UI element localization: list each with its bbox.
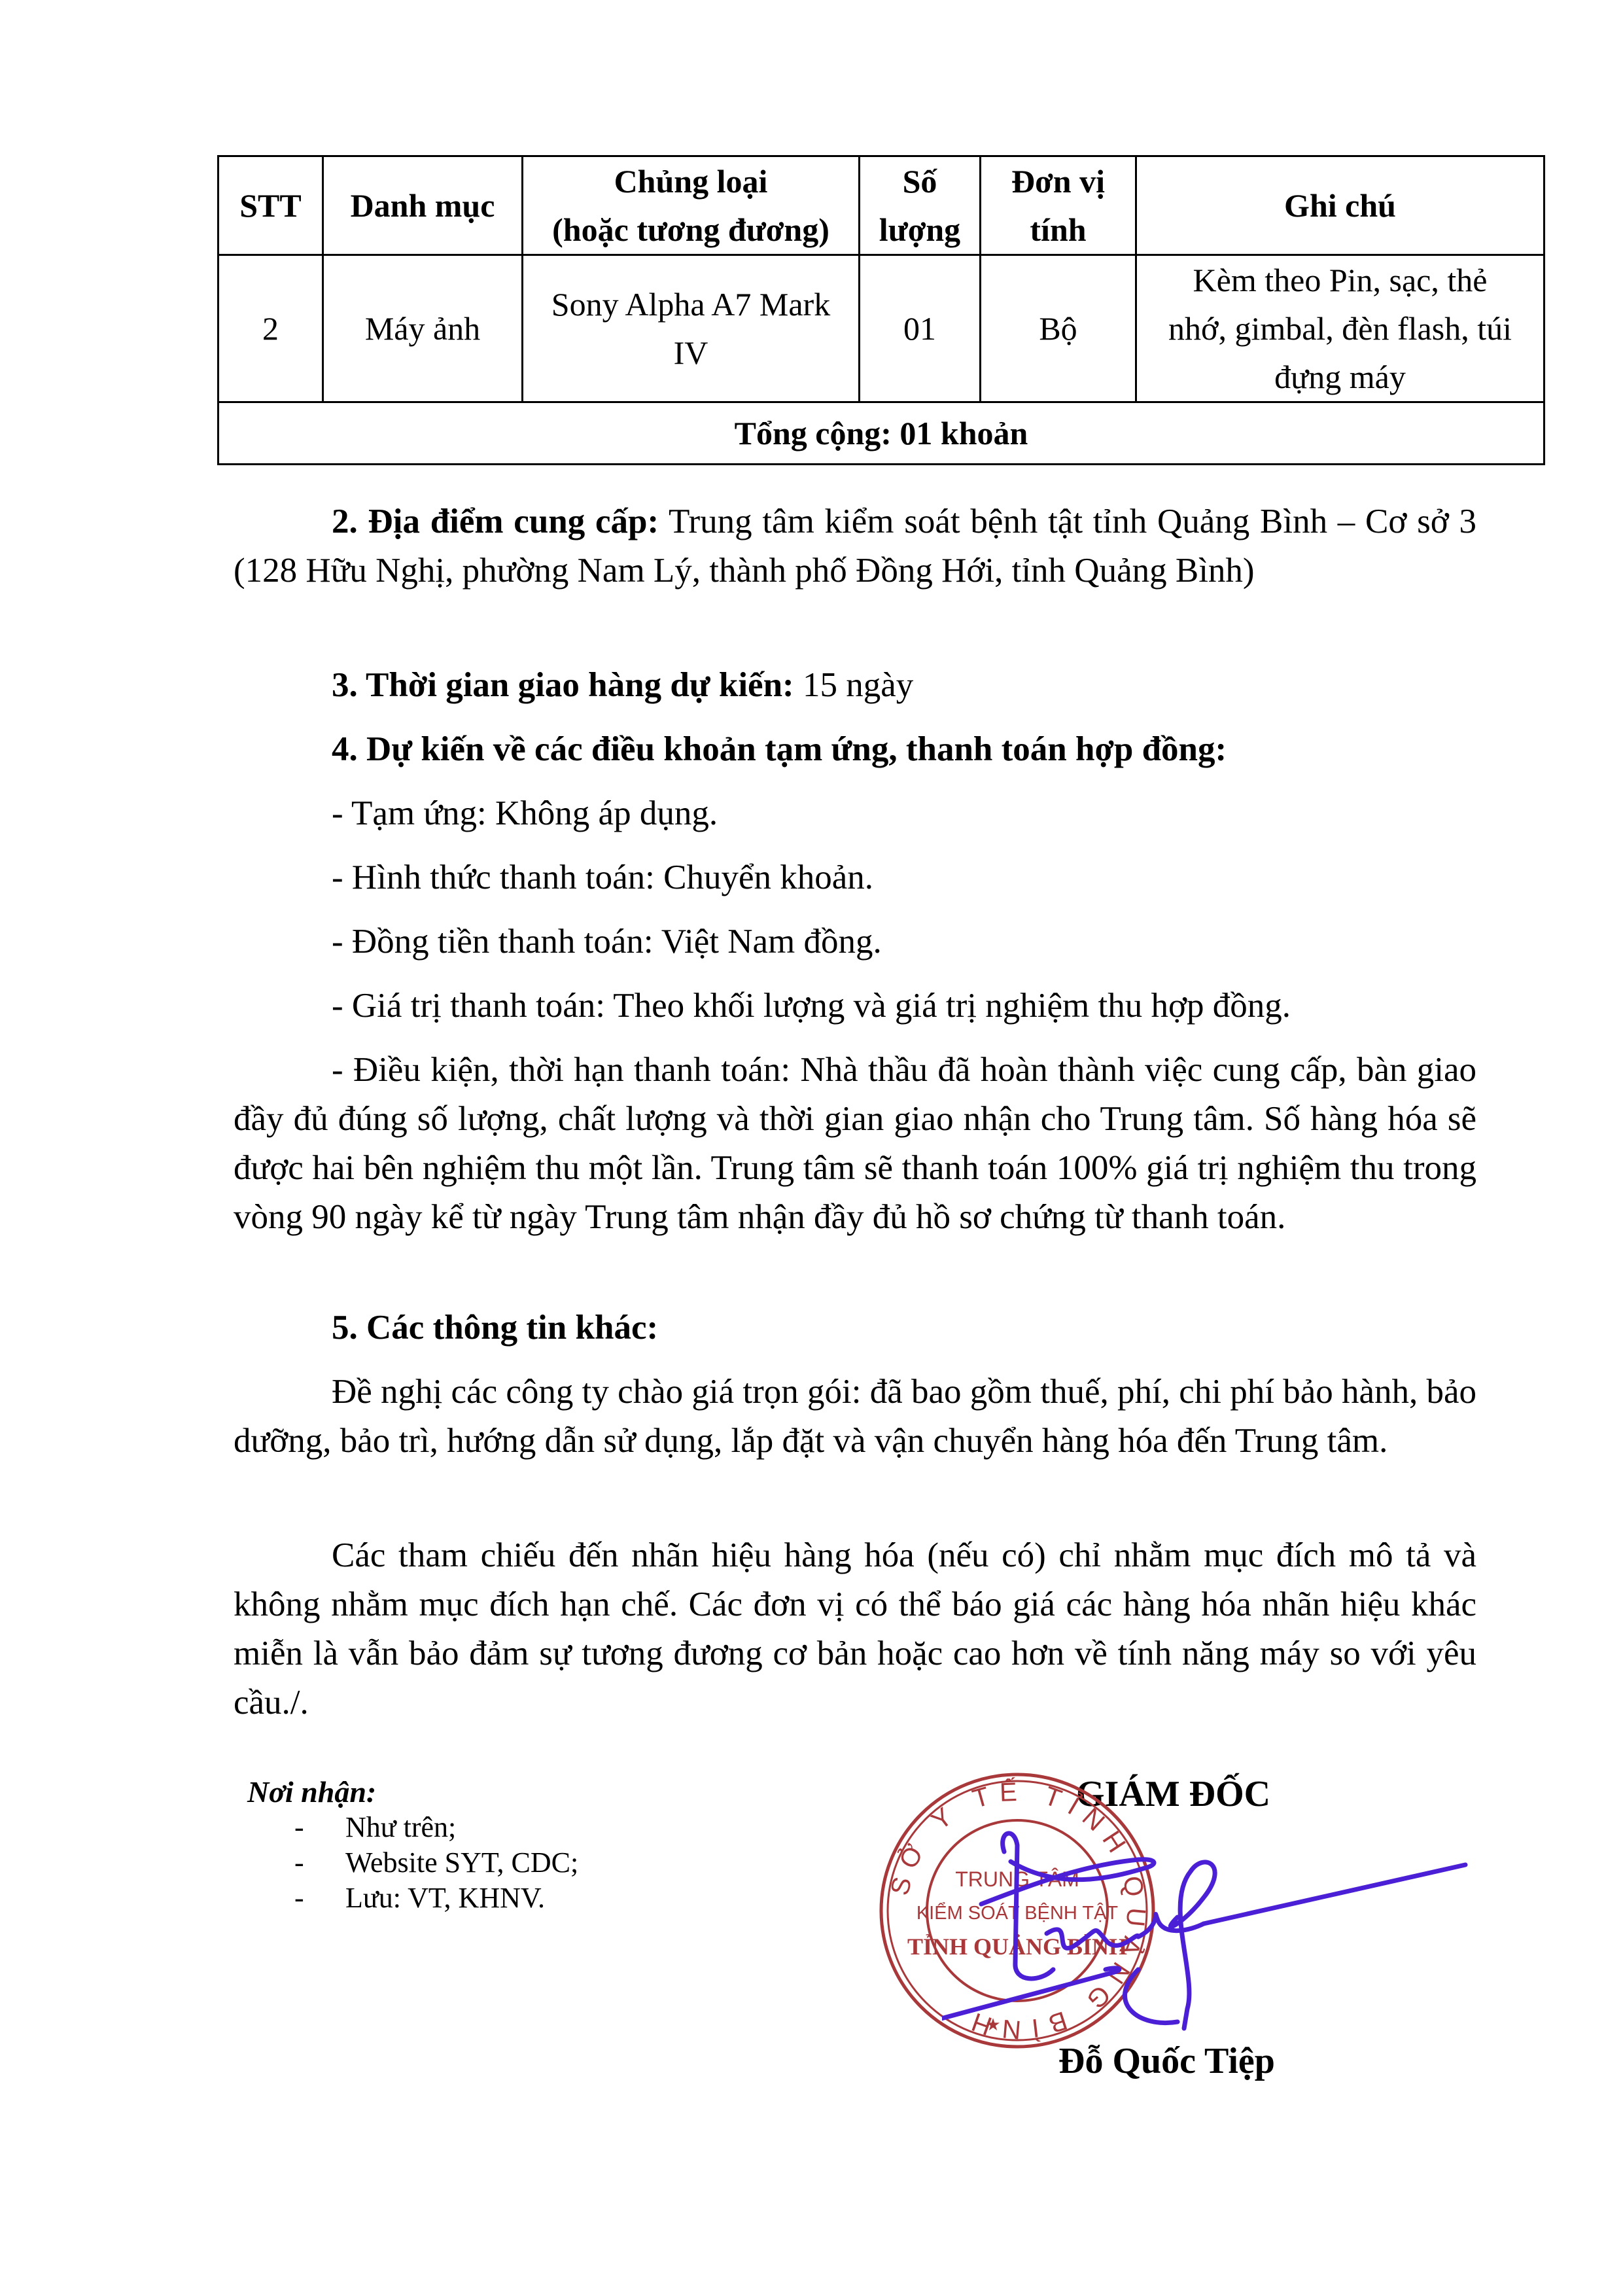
cell-ghi-chu: Kèm theo Pin, sạc, thẻ nhớ, gimbal, đèn … <box>1136 255 1544 402</box>
recipients-block: Nơi nhận: -Như trên; -Website SYT, CDC; … <box>247 1775 578 1916</box>
cell-don-vi: Bộ <box>981 255 1136 402</box>
items-table: STT Danh mục Chủng loại(hoặc tương đương… <box>217 155 1545 465</box>
section-2: 2. Địa điểm cung cấp: Trung tâm kiểm soá… <box>234 497 1476 595</box>
recipient-item: -Lưu: VT, KHNV. <box>247 1881 578 1916</box>
section-4-item: - Điều kiện, thời hạn thanh toán: Nhà th… <box>234 1046 1476 1242</box>
header-danh-muc: Danh mục <box>323 156 523 255</box>
section-4-item: - Giá trị thanh toán: Theo khối lượng và… <box>234 981 1476 1031</box>
section-4-item: - Đồng tiền thanh toán: Việt Nam đồng. <box>234 917 1476 966</box>
cell-stt: 2 <box>218 255 323 402</box>
cell-total: Tổng cộng: 01 khoản <box>218 402 1544 465</box>
recipient-item: -Website SYT, CDC; <box>247 1845 578 1881</box>
cell-danh-muc: Máy ảnh <box>323 255 523 402</box>
section-4-item: - Tạm ứng: Không áp dụng. <box>234 789 1476 838</box>
section-5-paragraph: Đề nghị các công ty chào giá trọn gói: đ… <box>234 1368 1476 1466</box>
header-ghi-chu: Ghi chú <box>1136 156 1544 255</box>
signature-icon <box>942 1806 1478 2068</box>
section-3: 3. Thời gian giao hàng dự kiến: 15 ngày <box>234 661 1476 710</box>
header-chung-loai: Chủng loại(hoặc tương đương) <box>523 156 860 255</box>
recipients-title: Nơi nhận: <box>247 1775 578 1810</box>
cell-chung-loai: Sony Alpha A7 Mark IV <box>523 255 860 402</box>
signer-name: Đỗ Quốc Tiệp <box>1058 2040 1275 2082</box>
header-so-luong: Sốlượng <box>860 156 981 255</box>
section-5-heading: 5. Các thông tin khác: <box>234 1303 1476 1352</box>
section-4-heading: 4. Dự kiến về các điều khoản tạm ứng, th… <box>234 725 1476 774</box>
document-page: STT Danh mục Chủng loại(hoặc tương đương… <box>0 0 1623 2296</box>
cell-so-luong: 01 <box>860 255 981 402</box>
section-5-paragraph: Các tham chiếu đến nhãn hiệu hàng hóa (n… <box>234 1531 1476 1727</box>
table-total-row: Tổng cộng: 01 khoản <box>218 402 1544 465</box>
header-stt: STT <box>218 156 323 255</box>
section-2-label: 2. Địa điểm cung cấp: <box>332 503 659 540</box>
section-3-label: 3. Thời gian giao hàng dự kiến: <box>332 666 794 704</box>
section-4-item: - Hình thức thanh toán: Chuyển khoản. <box>234 853 1476 902</box>
section-3-text: 15 ngày <box>794 666 914 704</box>
header-don-vi: Đơn vịtính <box>981 156 1136 255</box>
table-row: 2 Máy ảnh Sony Alpha A7 Mark IV 01 Bộ Kè… <box>218 255 1544 402</box>
recipient-item: -Như trên; <box>247 1810 578 1845</box>
table-header-row: STT Danh mục Chủng loại(hoặc tương đương… <box>218 156 1544 255</box>
